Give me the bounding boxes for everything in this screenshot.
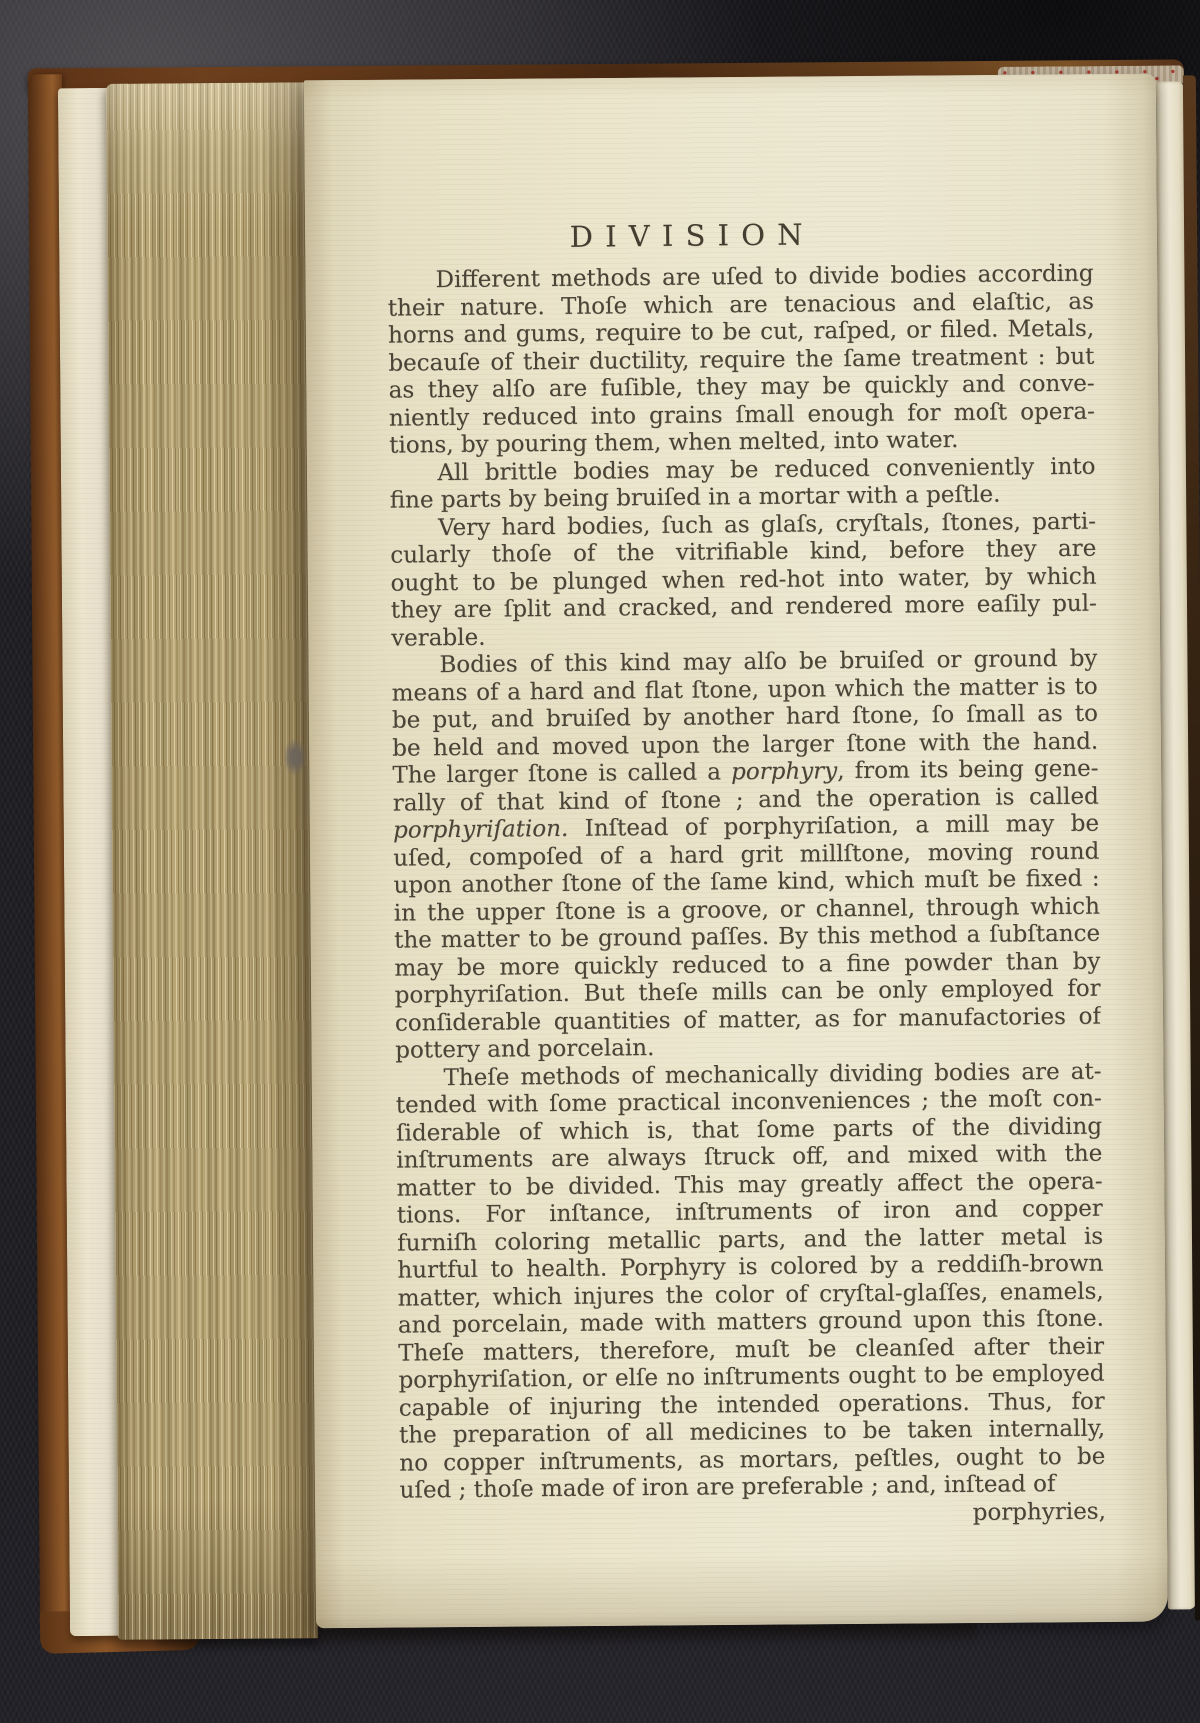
page-stack-fore-edge — [106, 82, 318, 1640]
text-segment: uſed ; thoſe made of iron are preferable… — [399, 1471, 1055, 1504]
page-text-block: DIVISION Different methods are uſed to d… — [387, 217, 1106, 1533]
text-segment: Inſtead of porphyriſation, a mill may be — [568, 811, 1099, 842]
book: DIVISION Different methods are uſed to d… — [0, 0, 1200, 1723]
page-title: DIVISION — [333, 217, 1039, 254]
italic-text: porphyry — [731, 758, 837, 785]
text-segment: tions, by pouring them, when melted, int… — [389, 427, 958, 459]
text-segment: fine parts by being bruiſed in a mortar … — [390, 482, 1001, 514]
text-lines: Different methods are uſed to divide bod… — [387, 261, 1105, 1505]
book-page: DIVISION Different methods are uſed to d… — [304, 74, 1168, 1629]
italic-text: porphyriſation. — [393, 816, 568, 844]
text-segment: verable. — [391, 624, 486, 651]
text-segment: pottery and porcelain. — [395, 1035, 654, 1064]
photo-background: DIVISION Different methods are uſed to d… — [0, 0, 1200, 1723]
text-segment: , from its being gene- — [837, 756, 1099, 785]
fore-edge-smudge — [283, 738, 307, 776]
text-segment: The larger ſtone is called a — [392, 759, 731, 788]
